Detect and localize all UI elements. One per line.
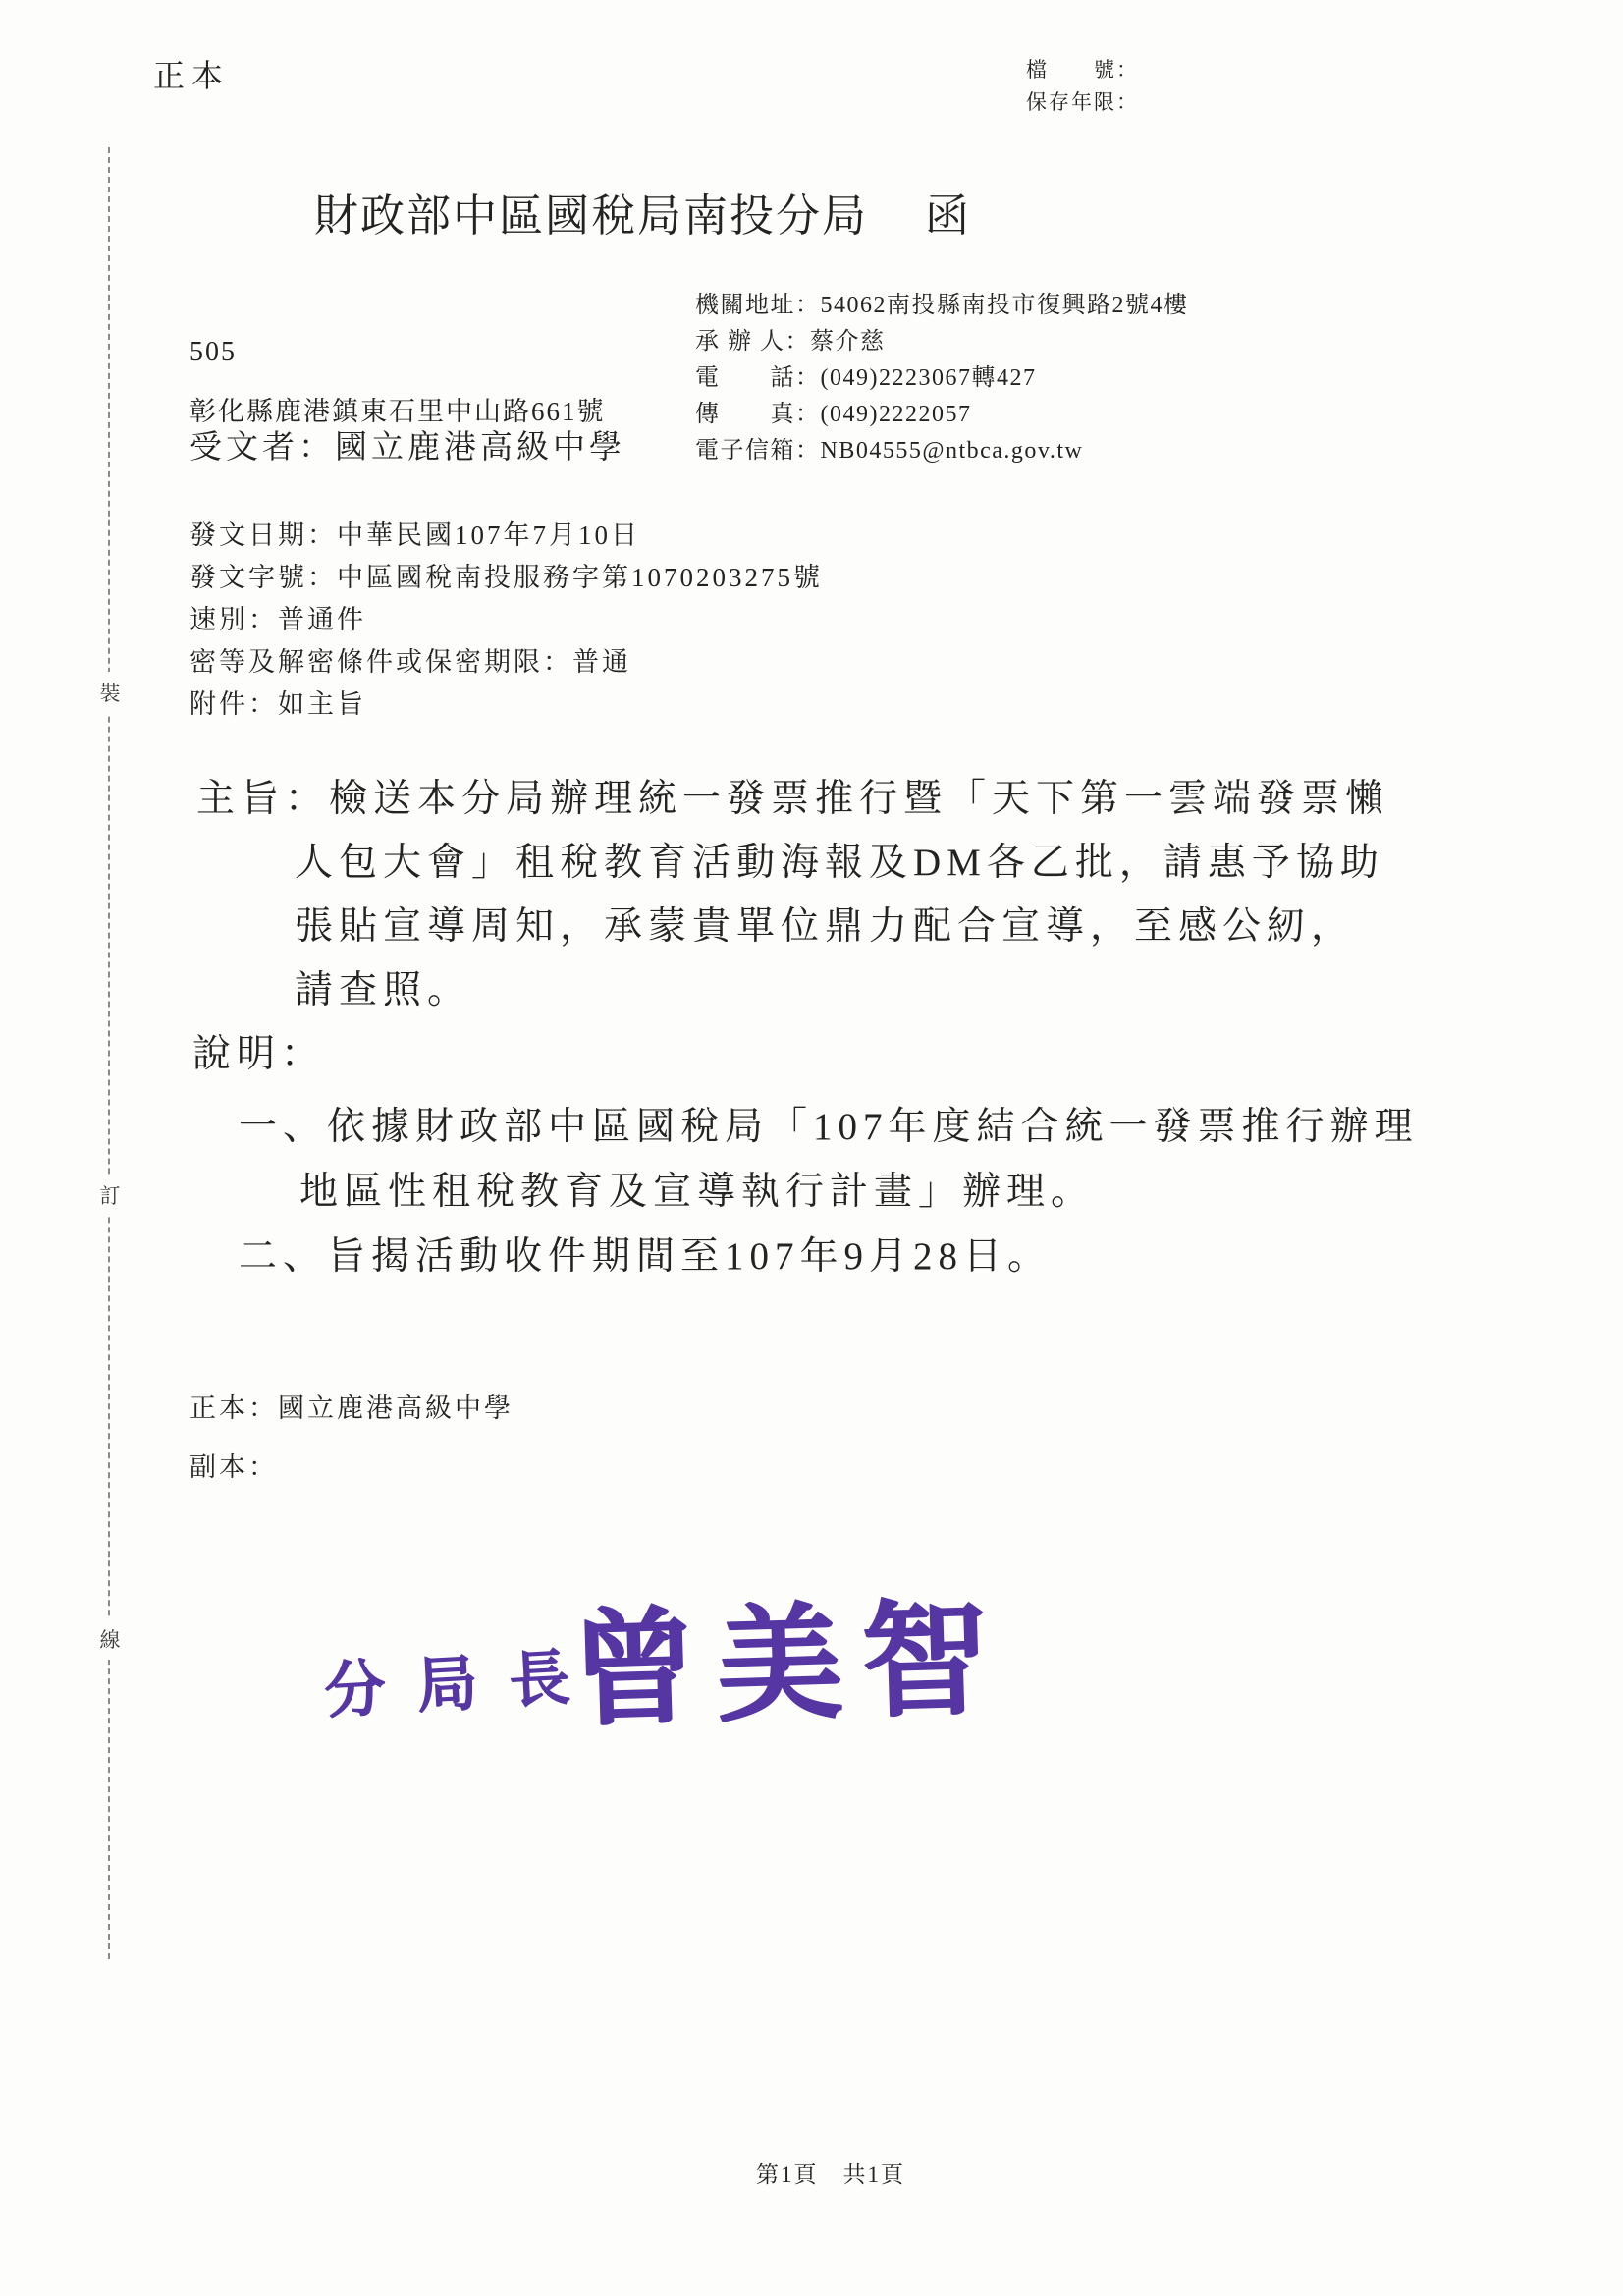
speed-class: 速別：普通件 xyxy=(189,599,823,641)
explanation-item2: 二、旨揭活動收件期間至107年9月28日。 xyxy=(239,1226,1052,1281)
archive-block: 檔 號： 保存年限： xyxy=(1026,54,1139,119)
subject-line-1: 主旨：檢送本分局辦理統一發票推行暨「天下第一雲端發票懶 xyxy=(196,768,1389,823)
binding-mark-ding: 訂 xyxy=(97,1175,123,1216)
binding-dashed-line xyxy=(108,147,110,1959)
explanation-item1-line2: 地區性租稅教育及宣導執行計畫」辦理。 xyxy=(299,1161,1095,1216)
director-title-stamp: 分局長 xyxy=(322,1627,604,1730)
explanation-item1-line1: 一、依據財政部中區國稅局「107年度結合統一發票推行辦理 xyxy=(239,1096,1419,1151)
director-signature-stamp: 分局長 曾美智 xyxy=(312,1561,1023,1792)
recipient-line: 受文者：國立鹿港高級中學 xyxy=(189,421,625,467)
director-name-stamp: 曾美智 xyxy=(568,1557,1009,1750)
explanation-heading: 說明： xyxy=(192,1023,325,1078)
letter-title: 財政部中區國稅局南投分局函 xyxy=(314,180,971,244)
dispatch-date: 發文日期：中華民國107年7月10日 xyxy=(189,515,823,557)
subject-line-4: 請查照。 xyxy=(295,959,471,1014)
agency-address: 機關地址：54062南投縣南投市復興路2號4樓 xyxy=(695,288,1189,324)
page-number: 第1頁 共1頁 xyxy=(756,2157,905,2189)
retention-period-label: 保存年限： xyxy=(1026,86,1139,119)
subject-line-2: 人包大會」租稅教育活動海報及DM各乙批，請惠予協助 xyxy=(295,832,1384,887)
phone: 電 話：(049)2223067轉427 xyxy=(695,360,1189,397)
dispatch-number: 發文字號：中區國稅南投服務字第1070203275號 xyxy=(189,557,823,599)
security-class: 密等及解密條件或保密期限：普通 xyxy=(189,641,823,683)
email: 電子信箱：NB04555@ntbca.gov.tw xyxy=(695,433,1189,469)
cc-copy-line: 副本： xyxy=(189,1446,278,1484)
original-copy-line: 正本：國立鹿港高級中學 xyxy=(189,1387,514,1425)
copy-type-label: 正本 xyxy=(153,51,230,96)
agency-name: 財政部中區國稅局南投分局 xyxy=(314,191,868,241)
scanned-official-letter: 正本 檔 號： 保存年限： 財政部中區國稅局南投分局函 機關地址：54062南投… xyxy=(0,0,1623,2296)
subject-line-3: 張貼宣導周知，承蒙貴單位鼎力配合宣導，至感公紉， xyxy=(295,896,1355,951)
file-number-label: 檔 號： xyxy=(1026,54,1139,86)
attachment-note: 附件：如主旨 xyxy=(189,683,823,726)
contact-person: 承 辦 人：蔡介慈 xyxy=(695,324,1189,360)
fax: 傳 真：(049)2222057 xyxy=(695,397,1189,433)
document-type: 函 xyxy=(925,191,971,241)
agency-contact-block: 機關地址：54062南投縣南投市復興路2號4樓 承 辦 人：蔡介慈 電 話：(0… xyxy=(695,288,1189,469)
dispatch-meta-block: 發文日期：中華民國107年7月10日 發文字號：中區國稅南投服務字第107020… xyxy=(189,515,823,726)
recipient-zip: 505 xyxy=(189,337,237,368)
binding-mark-zhuang: 裝 xyxy=(97,672,123,713)
binding-mark-xian: 線 xyxy=(97,1618,123,1660)
